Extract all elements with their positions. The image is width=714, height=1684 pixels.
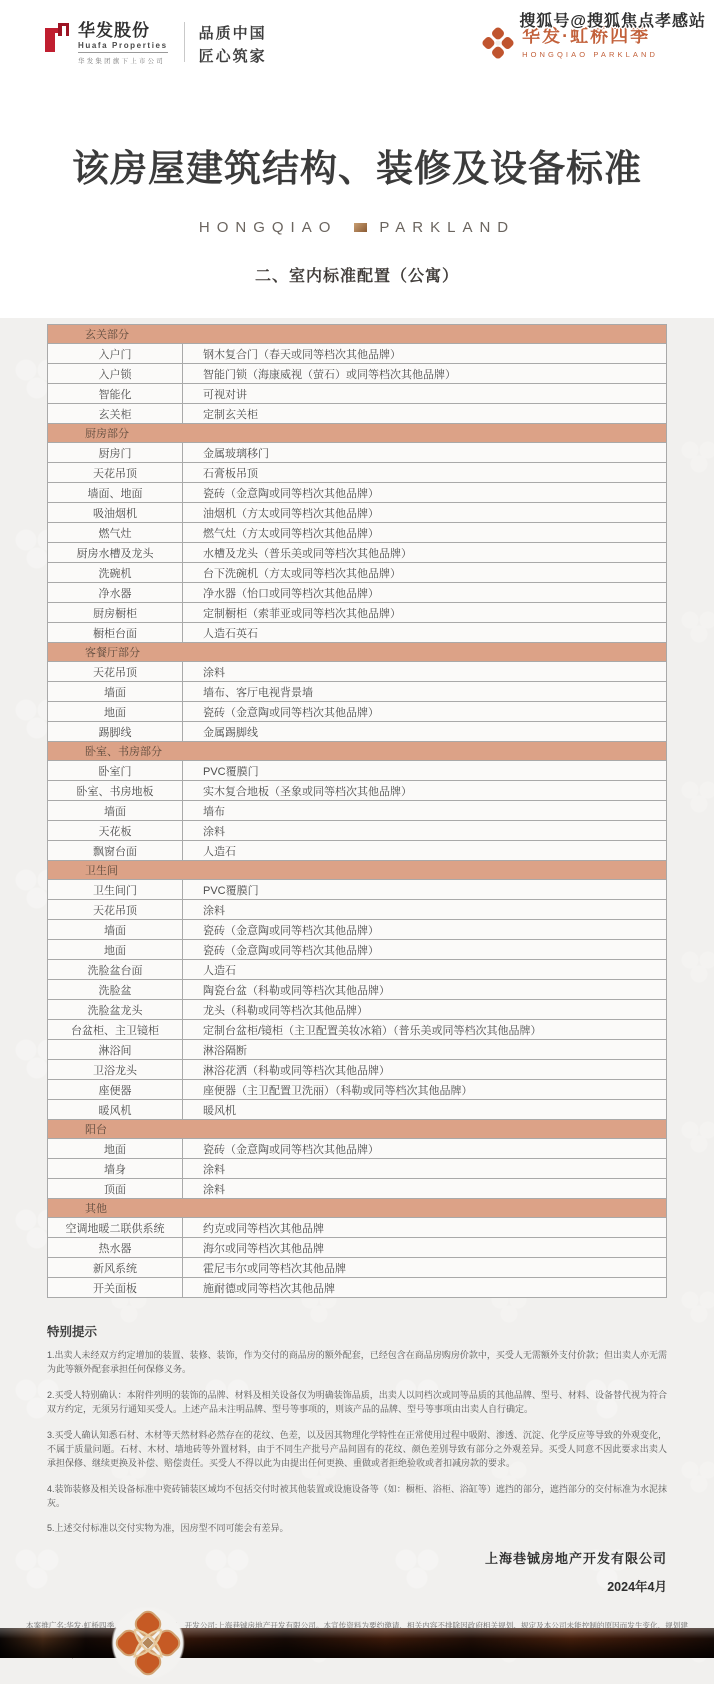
spec-item-value: 台下洗碗机（方太或同等档次其他品牌） [183,563,667,583]
spec-item-label: 踢脚线 [48,722,183,742]
huafa-name: 华发股份 [78,22,168,39]
spec-item-label: 天花吊顶 [48,463,183,483]
header-divider [184,22,185,62]
huafa-tagline: 华发集团旗下上市公司 [78,56,168,65]
table-row: 洗脸盆台面人造石 [48,960,667,980]
spec-item-value: 座便器（主卫配置卫洗丽）（科勒或同等档次其他品牌） [183,1080,667,1100]
spec-item-value: 陶瓷台盆（科勒或同等档次其他品牌） [183,980,667,1000]
spec-item-label: 橱柜台面 [48,623,183,643]
table-row: 墙面、地面瓷砖（金意陶或同等档次其他品牌） [48,483,667,503]
spec-item-label: 天花吊顶 [48,900,183,920]
table-row: 台盆柜、主卫镜柜定制台盆柜/镜柜（主卫配置美妆冰箱）（普乐美或同等档次其他品牌） [48,1020,667,1040]
spec-item-label: 厨房水槽及龙头 [48,543,183,563]
table-row: 入户门钢木复合门（春天或同等档次其他品牌） [48,344,667,364]
spec-item-label: 卧室门 [48,761,183,781]
table-row: 吸油烟机油烟机（方太或同等档次其他品牌） [48,503,667,523]
spec-item-value: 霍尼韦尔或同等档次其他品牌 [183,1258,667,1278]
spec-item-label: 墙面 [48,801,183,821]
table-row: 墙面墙布、客厅电视背景墙 [48,682,667,702]
spec-item-value: 瓷砖（金意陶或同等档次其他品牌） [183,920,667,940]
spec-item-value: 涂料 [183,900,667,920]
table-row: 橱柜台面人造石英石 [48,623,667,643]
spec-item-value: 瓷砖（金意陶或同等档次其他品牌） [183,1139,667,1159]
table-row: 卧室、书房地板实木复合地板（圣象或同等档次其他品牌） [48,781,667,801]
table-section-row: 卧室、书房部分 [48,742,667,761]
spec-item-value: 墙布、客厅电视背景墙 [183,682,667,702]
spec-item-label: 玄关柜 [48,404,183,424]
spec-item-value: 涂料 [183,1159,667,1179]
table-section-row: 玄关部分 [48,325,667,344]
huafa-slogan: 品质中国 匠心筑家 [199,22,267,69]
spec-item-value: 金属玻璃移门 [183,443,667,463]
note-item: 5.上述交付标准以交付实物为准，因房型不同可能会有差异。 [47,1522,667,1536]
table-row: 洗碗机台下洗碗机（方太或同等档次其他品牌） [48,563,667,583]
table-row: 热水器海尔或同等档次其他品牌 [48,1238,667,1258]
spec-item-label: 入户锁 [48,364,183,384]
spec-item-label: 洗脸盆台面 [48,960,183,980]
table-row: 踢脚线金属踢脚线 [48,722,667,742]
spec-item-label: 吸油烟机 [48,503,183,523]
company-name: 上海巷铖房地产开发有限公司 [47,1548,667,1567]
table-section-header: 玄关部分 [48,325,667,344]
table-section-header: 厨房部分 [48,424,667,443]
spec-item-value: 瓷砖（金意陶或同等档次其他品牌） [183,702,667,722]
note-item: 4.装饰装修及相关设备标准中瓷砖铺装区域均不包括交付时被其他装置或设施设备等（如… [47,1483,667,1511]
table-row: 地面瓷砖（金意陶或同等档次其他品牌） [48,702,667,722]
watermark: 搜狐号@搜狐焦点孝感站 [519,8,706,31]
table-row: 暖风机暖风机 [48,1100,667,1120]
note-item: 1.出卖人未经双方约定增加的装置、装修、装饰，作为交付的商品房的额外配套，已经包… [47,1349,667,1377]
huafa-logo-text: 华发股份 Huafa Properties 华发集团旗下上市公司 [78,22,168,65]
project-flower-icon [481,26,515,60]
section-title: 二、室内标准配置（公寓） [0,263,714,286]
spec-item-value: 淋浴隔断 [183,1040,667,1060]
spec-item-label: 地面 [48,1139,183,1159]
table-section-header: 客餐厅部分 [48,643,667,662]
spec-item-value: 油烟机（方太或同等档次其他品牌） [183,503,667,523]
spec-item-value: 人造石英石 [183,623,667,643]
table-row: 地面瓷砖（金意陶或同等档次其他品牌） [48,940,667,960]
spec-item-value: 暖风机 [183,1100,667,1120]
spec-item-value: 定制玄关柜 [183,404,667,424]
spec-item-label: 厨房门 [48,443,183,463]
spec-item-label: 墙面、地面 [48,483,183,503]
flower-emblem [106,1601,190,1684]
table-section-row: 其他 [48,1199,667,1218]
brand-right: PARKLAND [379,219,515,236]
spec-item-value: 墙布 [183,801,667,821]
special-notes: 特别提示 1.出卖人未经双方约定增加的装置、装修、装饰，作为交付的商品房的额外配… [47,1322,667,1536]
table-row: 净水器净水器（怡口或同等档次其他品牌） [48,583,667,603]
table-row: 天花吊顶石膏板吊顶 [48,463,667,483]
title-block: 该房屋建筑结构、装修及设备标准 HONGQIAO PARKLAND 二、室内标准… [0,92,714,286]
spec-item-label: 暖风机 [48,1100,183,1120]
spec-item-value: 淋浴花洒（科勒或同等档次其他品牌） [183,1060,667,1080]
spec-item-label: 台盆柜、主卫镜柜 [48,1020,183,1040]
spec-item-label: 顶面 [48,1179,183,1199]
spec-item-label: 卧室、书房地板 [48,781,183,801]
table-row: 顶面涂料 [48,1179,667,1199]
spec-item-label: 开关面板 [48,1278,183,1298]
table-row: 天花板涂料 [48,821,667,841]
brand-line: HONGQIAO PARKLAND [0,219,714,236]
spec-item-label: 天花吊顶 [48,662,183,682]
spec-item-label: 天花板 [48,821,183,841]
huafa-logo-icon [44,22,70,56]
spec-item-value: 涂料 [183,1179,667,1199]
spec-item-label: 热水器 [48,1238,183,1258]
spec-item-value: PVC覆膜门 [183,761,667,781]
spec-item-label: 燃气灶 [48,523,183,543]
table-row: 洗脸盆陶瓷台盆（科勒或同等档次其他品牌） [48,980,667,1000]
spec-item-value: PVC覆膜门 [183,880,667,900]
project-logo: 华发·虹桥四季 HONGQIAO PARKLAND [481,26,658,60]
signature-block: 上海巷铖房地产开发有限公司 2024年4月 [47,1548,667,1595]
project-name-en: HONGQIAO PARKLAND [522,50,658,59]
table-row: 地面瓷砖（金意陶或同等档次其他品牌） [48,1139,667,1159]
spec-item-label: 卫浴龙头 [48,1060,183,1080]
spec-item-label: 净水器 [48,583,183,603]
spec-table: 玄关部分入户门钢木复合门（春天或同等档次其他品牌）入户锁智能门锁（海康威视（萤石… [47,324,667,1298]
table-section-header: 其他 [48,1199,667,1218]
brand-left: HONGQIAO [199,219,338,236]
table-row: 墙身涂料 [48,1159,667,1179]
table-section-header: 阳台 [48,1120,667,1139]
table-section-header: 卧室、书房部分 [48,742,667,761]
table-row: 新风系统霍尼韦尔或同等档次其他品牌 [48,1258,667,1278]
table-row: 飘窗台面人造石 [48,841,667,861]
table-row: 卧室门PVC覆膜门 [48,761,667,781]
spec-item-label: 新风系统 [48,1258,183,1278]
huafa-name-en: Huafa Properties [78,41,168,53]
spec-item-label: 地面 [48,702,183,722]
table-row: 卫浴龙头淋浴花洒（科勒或同等档次其他品牌） [48,1060,667,1080]
spec-item-value: 燃气灶（方太或同等档次其他品牌） [183,523,667,543]
spec-item-value: 钢木复合门（春天或同等档次其他品牌） [183,344,667,364]
spec-item-value: 施耐德或同等档次其他品牌 [183,1278,667,1298]
table-row: 空调地暖二联供系统约克或同等档次其他品牌 [48,1218,667,1238]
spec-item-label: 墙身 [48,1159,183,1179]
spec-item-label: 智能化 [48,384,183,404]
spec-item-label: 空调地暖二联供系统 [48,1218,183,1238]
spec-item-value: 石膏板吊顶 [183,463,667,483]
table-section-header: 卫生间 [48,861,667,880]
table-row: 天花吊顶涂料 [48,900,667,920]
spec-item-value: 定制台盆柜/镜柜（主卫配置美妆冰箱）（普乐美或同等档次其他品牌） [183,1020,667,1040]
page-title: 该房屋建筑结构、装修及设备标准 [0,138,714,192]
table-row: 厨房门金属玻璃移门 [48,443,667,463]
table-row: 厨房橱柜定制橱柜（索菲亚或同等档次其他品牌） [48,603,667,623]
notes-list: 1.出卖人未经双方约定增加的装置、装修、装饰，作为交付的商品房的额外配套，已经包… [47,1349,667,1536]
table-row: 淋浴间淋浴隔断 [48,1040,667,1060]
table-section-row: 客餐厅部分 [48,643,667,662]
spec-item-value: 约克或同等档次其他品牌 [183,1218,667,1238]
spec-item-value: 海尔或同等档次其他品牌 [183,1238,667,1258]
spec-item-label: 墙面 [48,920,183,940]
table-row: 墙面墙布 [48,801,667,821]
spec-item-label: 墙面 [48,682,183,702]
notes-title: 特别提示 [47,1322,667,1340]
spec-item-value: 智能门锁（海康威视（萤石）或同等档次其他品牌） [183,364,667,384]
spec-item-label: 洗脸盆龙头 [48,1000,183,1020]
table-section-row: 厨房部分 [48,424,667,443]
table-row: 卫生间门PVC覆膜门 [48,880,667,900]
spec-item-value: 人造石 [183,841,667,861]
page: 搜狐号@搜狐焦点孝感站 华发股份 Huafa Properties 华发集团旗下… [0,0,714,1684]
spec-item-label: 地面 [48,940,183,960]
table-row: 智能化可视对讲 [48,384,667,404]
spec-item-label: 淋浴间 [48,1040,183,1060]
spec-item-value: 水槽及龙头（普乐美或同等档次其他品牌） [183,543,667,563]
spec-item-value: 涂料 [183,821,667,841]
signature-date: 2024年4月 [47,1577,667,1595]
spec-item-value: 定制橱柜（索菲亚或同等档次其他品牌） [183,603,667,623]
spec-item-value: 龙头（科勒或同等档次其他品牌） [183,1000,667,1020]
huafa-slogan-line1: 品质中国 [199,22,267,45]
huafa-slogan-line2: 匠心筑家 [199,45,267,68]
spec-item-value: 金属踢脚线 [183,722,667,742]
spec-item-label: 洗脸盆 [48,980,183,1000]
flower-emblem-icon [115,1610,181,1676]
note-item: 3.买受人确认知悉石材、木材等天然材料必然存在的花纹、色差，以及因其物理化学特性… [47,1429,667,1471]
table-row: 厨房水槽及龙头水槽及龙头（普乐美或同等档次其他品牌） [48,543,667,563]
table-row: 天花吊顶涂料 [48,662,667,682]
spec-item-value: 可视对讲 [183,384,667,404]
huafa-logo: 华发股份 Huafa Properties 华发集团旗下上市公司 品质中国 匠心… [44,22,267,69]
spec-item-value: 净水器（怡口或同等档次其他品牌） [183,583,667,603]
spec-item-label: 座便器 [48,1080,183,1100]
spec-item-value: 涂料 [183,662,667,682]
spec-item-label: 厨房橱柜 [48,603,183,623]
spec-item-value: 瓷砖（金意陶或同等档次其他品牌） [183,940,667,960]
table-row: 墙面瓷砖（金意陶或同等档次其他品牌） [48,920,667,940]
brand-mark-icon [354,223,367,232]
spec-item-label: 入户门 [48,344,183,364]
spec-item-label: 卫生间门 [48,880,183,900]
table-row: 玄关柜定制玄关柜 [48,404,667,424]
spec-item-value: 人造石 [183,960,667,980]
table-section-row: 阳台 [48,1120,667,1139]
table-row: 洗脸盆龙头龙头（科勒或同等档次其他品牌） [48,1000,667,1020]
table-row: 座便器座便器（主卫配置卫洗丽）（科勒或同等档次其他品牌） [48,1080,667,1100]
table-row: 入户锁智能门锁（海康威视（萤石）或同等档次其他品牌） [48,364,667,384]
spec-table-body: 玄关部分入户门钢木复合门（春天或同等档次其他品牌）入户锁智能门锁（海康威视（萤石… [48,325,667,1298]
spec-item-label: 飘窗台面 [48,841,183,861]
spec-item-value: 实木复合地板（圣象或同等档次其他品牌） [183,781,667,801]
spec-item-label: 洗碗机 [48,563,183,583]
spec-item-value: 瓷砖（金意陶或同等档次其他品牌） [183,483,667,503]
project-logo-text: 华发·虹桥四季 HONGQIAO PARKLAND [522,27,658,59]
table-row: 开关面板施耐德或同等档次其他品牌 [48,1278,667,1298]
note-item: 2.买受人特别确认：本附件列明的装饰的品牌、材料及相关设备仅为明确装饰品质，出卖… [47,1389,667,1417]
table-section-row: 卫生间 [48,861,667,880]
table-row: 燃气灶燃气灶（方太或同等档次其他品牌） [48,523,667,543]
